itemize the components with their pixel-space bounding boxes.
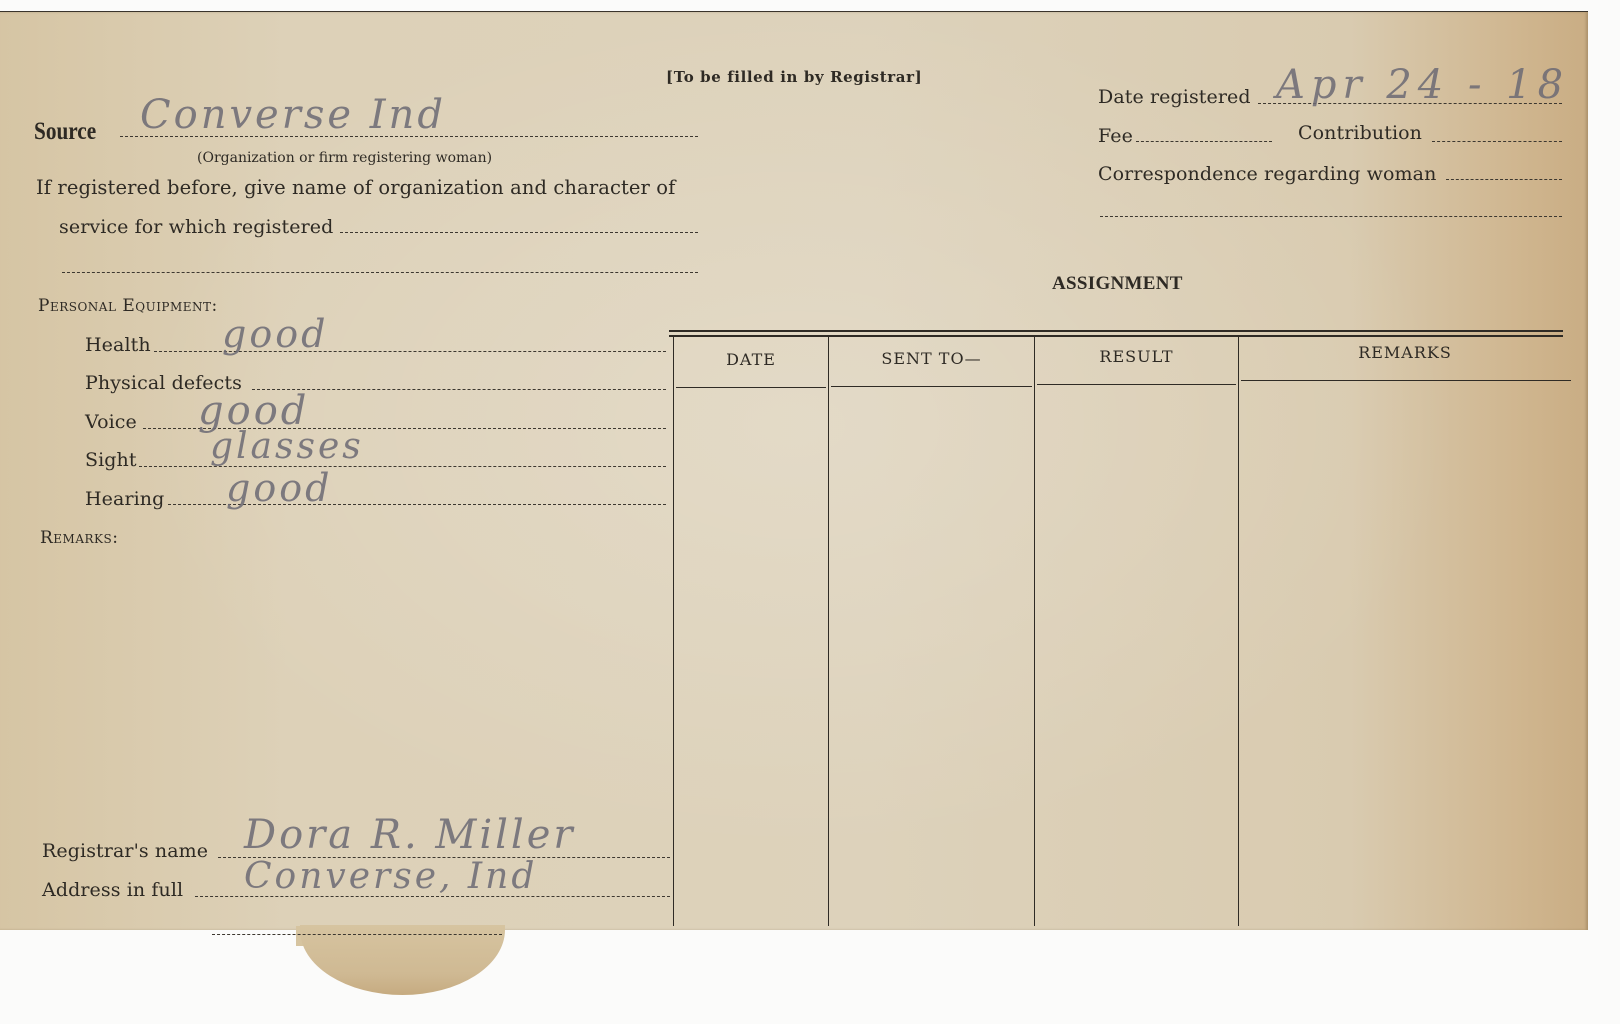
card-index-tab: [300, 925, 505, 995]
previous-registration-line1: If registered before, give name of organ…: [36, 176, 675, 199]
sent-to-column-cell[interactable]: [830, 390, 1033, 925]
hearing-value[interactable]: good: [226, 466, 332, 510]
health-value[interactable]: good: [222, 312, 328, 356]
previous-registration-line-2[interactable]: [62, 272, 698, 273]
header-underline: [1037, 384, 1236, 385]
date-registered-value[interactable]: Apr 24 - 18: [1276, 62, 1569, 108]
date-registered-label: Date registered: [1098, 86, 1251, 108]
source-label: Source: [34, 118, 96, 146]
source-caption: (Organization or firm registering woman): [197, 150, 492, 166]
registrar-name-value[interactable]: Dora R. Miller: [244, 812, 576, 858]
extra-address-line: [212, 934, 502, 935]
date-column-cell[interactable]: [675, 390, 827, 925]
previous-registration-line2: service for which registered: [59, 216, 333, 238]
correspondence-line-2[interactable]: [1100, 216, 1562, 217]
fee-line[interactable]: [1136, 141, 1272, 142]
column-header-date: DATE: [674, 350, 828, 369]
previous-registration-line[interactable]: [340, 232, 698, 233]
address-label: Address in full: [42, 879, 183, 901]
registrar-name-label: Registrar's name: [42, 840, 208, 862]
contribution-line[interactable]: [1432, 141, 1562, 142]
result-column-cell[interactable]: [1036, 388, 1237, 925]
column-header-remarks: REMARKS: [1239, 343, 1571, 362]
remarks-label: Remarks:: [40, 528, 118, 548]
column-header-sent-to: SENT TO—: [829, 349, 1034, 368]
personal-equipment-heading: Personal Equipment:: [38, 296, 218, 316]
physical-defects-line: [252, 389, 666, 390]
voice-label: Voice: [85, 411, 137, 433]
correspondence-label: Correspondence regarding woman: [1098, 163, 1436, 185]
contribution-label: Contribution: [1298, 122, 1422, 144]
hearing-label: Hearing: [85, 488, 164, 510]
source-value[interactable]: Converse Ind: [140, 92, 446, 138]
address-value[interactable]: Converse, Ind: [244, 856, 537, 897]
sight-value[interactable]: glasses: [210, 426, 364, 467]
assignment-top-rule-2: [669, 335, 1563, 337]
health-label: Health: [85, 334, 151, 356]
fee-label: Fee: [1098, 125, 1133, 147]
header-underline: [1241, 380, 1571, 381]
assignment-top-rule: [669, 330, 1563, 332]
registrar-note: [To be filled in by Registrar]: [666, 68, 922, 86]
remarks-column-cell[interactable]: [1240, 384, 1570, 925]
sight-label: Sight: [85, 449, 137, 471]
header-underline: [831, 386, 1032, 387]
assignment-title: ASSIGNMENT: [1052, 273, 1183, 295]
correspondence-line[interactable]: [1446, 179, 1562, 180]
column-header-result: RESULT: [1035, 347, 1238, 366]
header-underline: [676, 387, 826, 388]
